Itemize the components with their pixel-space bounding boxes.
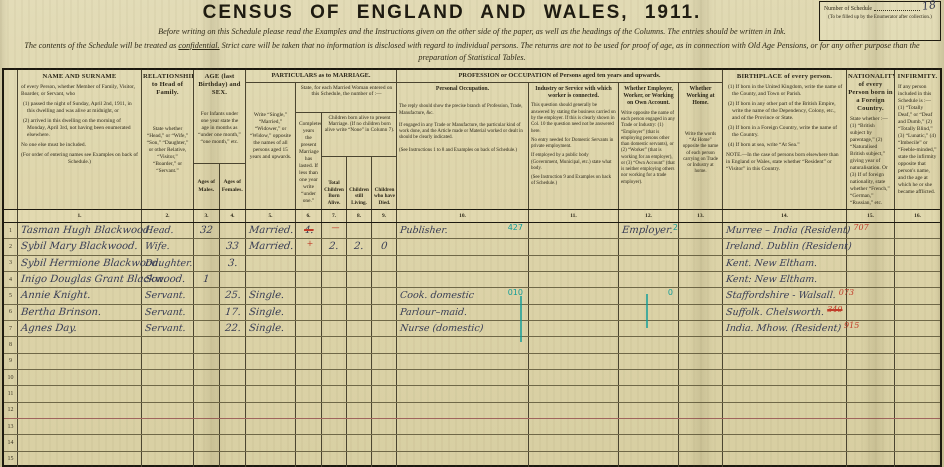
handwritten-entry: Sybil Mary Blackwood. xyxy=(20,241,138,252)
cell-employer-status xyxy=(619,256,679,271)
header-years-married-column: Completed years the present Marriage has… xyxy=(296,113,322,209)
column-number-6: 6. xyxy=(296,210,322,222)
cell-at-home xyxy=(679,386,723,401)
column-number-12: 12. xyxy=(619,210,679,222)
children-living-label: Children still Living. xyxy=(347,157,372,209)
column-number-16: 16. xyxy=(895,210,940,222)
cell-industry xyxy=(529,419,619,434)
cell-birthplace xyxy=(723,370,847,385)
cell-children-living xyxy=(347,272,372,287)
cell-years-married xyxy=(296,272,322,287)
age-instructions: For Infants under one year state the age… xyxy=(194,99,245,163)
cell-at-home xyxy=(679,321,723,336)
schedule-number-note: (To be filled up by the Enumerator after… xyxy=(824,15,936,22)
cell-children-died xyxy=(372,305,397,320)
table-row-14: 14 xyxy=(4,435,940,451)
red-enumerator-mark: 915 xyxy=(844,321,859,330)
cell-nationality xyxy=(847,272,895,287)
header-marriage-group: PARTICULARS as to MARRIAGE. Write “Singl… xyxy=(246,70,397,209)
cell-years-married xyxy=(296,288,322,303)
cell-occupation xyxy=(397,403,529,418)
cell-age-females: 17. xyxy=(220,305,246,320)
handwritten-entry: Single. xyxy=(248,290,284,301)
cell-industry xyxy=(529,305,619,320)
cell-years-married xyxy=(296,435,322,450)
cell-occupation xyxy=(397,354,529,369)
cell-years-married xyxy=(296,386,322,401)
occ-body2: If engaged in any Trade or Manufacture, … xyxy=(399,123,526,142)
cell-occupation: Nurse (domestic) xyxy=(397,321,529,336)
cell-at-home xyxy=(679,288,723,303)
cell-birthplace: Ireland. Dublin (Resident) xyxy=(723,239,847,254)
cell-age-males: 32 xyxy=(194,223,220,238)
cell-nationality xyxy=(847,239,895,254)
cell-occupation xyxy=(397,435,529,450)
cell-children-living xyxy=(347,321,372,336)
schedule-number-label: Number of Schedule xyxy=(824,6,872,12)
handwritten-entry: Cook. domestic xyxy=(399,290,474,301)
cell-age-males xyxy=(194,403,220,418)
cell-marital-status xyxy=(246,452,296,467)
teal-enumerator-mark: 427 xyxy=(508,223,523,232)
cell-occupation: Parlour–maid. xyxy=(397,305,529,320)
cell-marital-status: Single. xyxy=(246,305,296,320)
cell-age-females: 33 xyxy=(220,239,246,254)
cell-employer-status xyxy=(619,370,679,385)
cell-industry xyxy=(529,272,619,287)
column-number-4: 4. xyxy=(220,210,246,222)
page-title: CENSUS OF ENGLAND AND WALES, 1911. xyxy=(0,0,944,24)
cell-age-females: 22. xyxy=(220,321,246,336)
cell-occupation xyxy=(397,386,529,401)
cell-age-females: 3. xyxy=(220,256,246,271)
cell-industry xyxy=(529,223,619,238)
table-row-11: 11 xyxy=(4,386,940,402)
handwritten-entry: 4. xyxy=(303,225,314,236)
cell-relationship xyxy=(142,370,194,385)
bp-item1: (1) If born in the United Kingdom, write… xyxy=(726,84,843,98)
cell-birthplace xyxy=(723,403,847,418)
cell-marital-status xyxy=(246,272,296,287)
industry-instructions: This question should generally be answer… xyxy=(529,102,618,188)
cell-nationality xyxy=(847,256,895,271)
cell-relationship: Servant. xyxy=(142,321,194,336)
table-body: 1Tasman Hugh Blackwood.Head.32Married.4.… xyxy=(4,223,940,467)
preamble-line-2: The contents of the Schedule will be tre… xyxy=(0,40,944,65)
cell-industry xyxy=(529,370,619,385)
cell-age-males xyxy=(194,256,220,271)
cell-birthplace: Kent. New Eltham. xyxy=(723,256,847,271)
cell-children-died xyxy=(372,452,397,467)
cell-name xyxy=(18,354,142,369)
cell-name xyxy=(18,419,142,434)
cell-infirmity xyxy=(895,256,940,271)
cell-occupation: Cook. domestic010 xyxy=(397,288,529,303)
table-row-8: 8 xyxy=(4,337,940,353)
schedule-number-box: Number of Schedule 18 (To be filled up b… xyxy=(819,1,941,41)
cell-industry xyxy=(529,403,619,418)
cell-years-married xyxy=(296,337,322,352)
name-column-instructions: of every Person, whether Member of Famil… xyxy=(18,83,141,170)
children-subgroup: Children born alive to present Marriage.… xyxy=(322,113,397,209)
cell-age-males xyxy=(194,337,220,352)
handwritten-entry: 3. xyxy=(227,258,238,269)
cell-employer-status: 0 xyxy=(619,288,679,303)
cell-children-died xyxy=(372,321,397,336)
birthplace-title: BIRTHPLACE of every person. xyxy=(723,70,846,83)
header-occupation-group: PROFESSION or OCCUPATION of Persons aged… xyxy=(397,70,723,209)
name-item1: (1) passed the night of Sunday, April 2n… xyxy=(21,101,138,115)
teal-enumerator-mark: 2 xyxy=(673,223,678,232)
cell-age-males xyxy=(194,288,220,303)
cell-at-home xyxy=(679,354,723,369)
cell-children-living xyxy=(347,370,372,385)
ages-of-males-label: Ages of Males. xyxy=(194,164,220,209)
handwritten-entry: Single. xyxy=(248,307,284,318)
cell-children-living xyxy=(347,419,372,434)
handwritten-entry: Married. xyxy=(248,225,294,236)
marital-status-instructions: Write “Single,” “Married,” “Widower,” or… xyxy=(246,111,295,162)
birthplace-instructions: (1) If born in the United Kingdom, write… xyxy=(723,83,846,177)
red-enumerator-mark: 340 xyxy=(827,305,842,314)
cell-age-females xyxy=(220,370,246,385)
census-table: NAME AND SURNAME of every Person, whethe… xyxy=(2,68,942,467)
cell-infirmity xyxy=(895,321,940,336)
header-relationship-column: RELATIONSHIP to Head of Family. State wh… xyxy=(142,70,194,209)
handwritten-entry: Daughter. xyxy=(144,258,193,269)
row-number: 8 xyxy=(4,337,18,352)
cell-at-home xyxy=(679,223,723,238)
cell-marital-status: Married. xyxy=(246,239,296,254)
cell-infirmity xyxy=(895,354,940,369)
cell-infirmity xyxy=(895,403,940,418)
cell-at-home xyxy=(679,256,723,271)
cell-name xyxy=(18,370,142,385)
personal-occupation-title: Personal Occupation. xyxy=(397,83,528,95)
handwritten-entry: Sybil Hermione Blackwood. xyxy=(20,258,162,269)
cell-children-living xyxy=(347,288,372,303)
cell-relationship: Servant. xyxy=(142,305,194,320)
cell-birthplace xyxy=(723,354,847,369)
preamble-text-cont: Strict care will be taken that no inform… xyxy=(220,41,920,62)
handwritten-entry: Agnes Day. xyxy=(20,323,77,334)
cell-children-died xyxy=(372,419,397,434)
handwritten-entry: Kent. New Eltham. xyxy=(725,258,817,269)
cell-children-born xyxy=(322,288,347,303)
cell-age-females xyxy=(220,272,246,287)
handwritten-entry: 0 xyxy=(380,241,388,252)
cell-children-born xyxy=(322,272,347,287)
red-enumerator-mark: 073 xyxy=(839,288,854,297)
cell-birthplace: Staffordshire - Walsall.073 xyxy=(723,288,847,303)
cell-infirmity xyxy=(895,337,940,352)
cell-birthplace xyxy=(723,386,847,401)
table-row-4: 4Inigo Douglas Grant Blackwood.Son.1Kent… xyxy=(4,272,940,288)
children-born-label: Total Children Born Alive. xyxy=(322,157,347,209)
age-column-title: AGE (last Birthday) and SEX. xyxy=(194,70,245,99)
cell-children-born xyxy=(322,305,347,320)
cell-children-born xyxy=(322,452,347,467)
marriage-group-title: PARTICULARS as to MARRIAGE. xyxy=(246,70,396,83)
cell-children-living xyxy=(347,452,372,467)
cell-children-died xyxy=(372,386,397,401)
handwritten-entry: Son. xyxy=(144,274,167,285)
header-name-column: NAME AND SURNAME of every Person, whethe… xyxy=(18,70,142,209)
cell-name: Bertha Brinson. xyxy=(18,305,142,320)
infirmity-title: INFIRMITY. xyxy=(895,70,940,83)
cell-years-married xyxy=(296,452,322,467)
cell-nationality xyxy=(847,354,895,369)
row-number: 11 xyxy=(4,386,18,401)
column-number-1: 1. xyxy=(18,210,142,222)
cell-relationship xyxy=(142,354,194,369)
column-number-10: 10. xyxy=(397,210,529,222)
table-row-10: 10 xyxy=(4,370,940,386)
handwritten-entry: Married. xyxy=(248,241,294,252)
row-number: 13 xyxy=(4,419,18,434)
cell-birthplace: India. Mhow. (Resident)915 xyxy=(723,321,847,336)
cell-age-males xyxy=(194,386,220,401)
cell-marital-status: Single. xyxy=(246,321,296,336)
handwritten-entry: 25. xyxy=(224,290,241,301)
handwritten-entry: 33 xyxy=(226,241,240,252)
cell-at-home xyxy=(679,239,723,254)
cell-age-males xyxy=(194,452,220,467)
cell-occupation: Publisher.427 xyxy=(397,223,529,238)
cell-children-died xyxy=(372,435,397,450)
form-header: CENSUS OF ENGLAND AND WALES, 1911. Numbe… xyxy=(0,0,944,68)
cell-name xyxy=(18,337,142,352)
occupation-group-title: PROFESSION or OCCUPATION of Persons aged… xyxy=(397,70,722,83)
cell-infirmity xyxy=(895,370,940,385)
handwritten-entry: Employer. xyxy=(621,225,673,236)
cell-children-living xyxy=(347,337,372,352)
cell-nationality xyxy=(847,452,895,467)
row-number: 6 xyxy=(4,305,18,320)
ind-body2: No entry needed for Domestic Servants in… xyxy=(531,138,616,151)
years-married-instructions: Completed years the present Marriage has… xyxy=(296,113,321,206)
handwritten-entry: Suffolk. Chelsworth. xyxy=(725,307,824,318)
cell-children-born xyxy=(322,256,347,271)
cell-years-married: 4. xyxy=(296,223,322,238)
cell-at-home xyxy=(679,435,723,450)
cell-birthplace xyxy=(723,419,847,434)
cell-children-living: 2. xyxy=(347,239,372,254)
cell-children-living xyxy=(347,256,372,271)
cell-age-females xyxy=(220,419,246,434)
header-at-home-column: Whether Working at Home. Write the words… xyxy=(679,83,723,209)
cell-children-born xyxy=(322,435,347,450)
name-intro: of every Person, whether Member of Famil… xyxy=(21,84,138,98)
cell-employer-status xyxy=(619,354,679,369)
header-personal-occupation-column: Personal Occupation. The reply should sh… xyxy=(397,83,529,209)
cell-birthplace: Murree – India (Resident)707 xyxy=(723,223,847,238)
handwritten-entry: Tasman Hugh Blackwood. xyxy=(20,225,153,236)
cell-age-males: 1 xyxy=(194,272,220,287)
schedule-number-value: 18 xyxy=(921,0,937,13)
cell-children-died xyxy=(372,403,397,418)
column-number-7: 7. xyxy=(322,210,347,222)
cell-children-born: 2. xyxy=(322,239,347,254)
cell-children-living xyxy=(347,403,372,418)
cell-children-died: 0 xyxy=(372,239,397,254)
cell-infirmity xyxy=(895,386,940,401)
census-schedule-page: CENSUS OF ENGLAND AND WALES, 1911. Numbe… xyxy=(0,0,944,467)
pink-rule-line xyxy=(4,418,940,419)
cell-relationship xyxy=(142,452,194,467)
cell-name xyxy=(18,386,142,401)
cell-occupation xyxy=(397,337,529,352)
cell-age-females xyxy=(220,337,246,352)
cell-employer-status xyxy=(619,239,679,254)
employer-title: Whether Employer, Worker, or Working on … xyxy=(619,83,678,110)
cell-nationality xyxy=(847,370,895,385)
cell-age-females: 25. xyxy=(220,288,246,303)
cell-children-living xyxy=(347,223,372,238)
cell-occupation xyxy=(397,370,529,385)
handwritten-entry: Servant. xyxy=(144,290,186,301)
cell-marital-status xyxy=(246,435,296,450)
cell-industry xyxy=(529,354,619,369)
cell-at-home xyxy=(679,305,723,320)
ind-body3: If employed by a public body (Government… xyxy=(531,153,616,172)
cell-industry xyxy=(529,239,619,254)
cell-children-died xyxy=(372,223,397,238)
cell-years-married xyxy=(296,370,322,385)
children-died-label: Children who have Died. xyxy=(372,157,397,209)
cell-infirmity xyxy=(895,288,940,303)
cell-age-females xyxy=(220,354,246,369)
row-number: 4 xyxy=(4,272,18,287)
cell-name: Tasman Hugh Blackwood. xyxy=(18,223,142,238)
occ-body3: (See Instructions 1 to 8 and Examples on… xyxy=(399,148,526,154)
cell-employer-status xyxy=(619,305,679,320)
table-row-13: 13 xyxy=(4,419,940,435)
handwritten-entry: 1 xyxy=(203,274,211,285)
married-woman-subgroup: State, for each Married Woman entered on… xyxy=(296,83,397,209)
cell-age-females xyxy=(220,403,246,418)
handwritten-entry: 2. xyxy=(329,241,340,252)
handwritten-entry: Ireland. Dublin (Resident) xyxy=(725,241,852,252)
cell-children-died xyxy=(372,288,397,303)
handwritten-entry: Servant. xyxy=(144,307,186,318)
column-number-8: 8. xyxy=(347,210,372,222)
cell-infirmity xyxy=(895,239,940,254)
bp-item3: (3) If born in a Foreign Country, write … xyxy=(726,125,843,139)
handwritten-entry: Murree – India (Resident) xyxy=(725,225,851,236)
header-birthplace-column: BIRTHPLACE of every person. (1) If born … xyxy=(723,70,847,209)
cell-industry xyxy=(529,288,619,303)
infirmity-instructions: If any person included in this Schedule … xyxy=(895,83,940,197)
cell-at-home xyxy=(679,452,723,467)
cell-children-died xyxy=(372,337,397,352)
cell-children-born xyxy=(322,419,347,434)
cell-age-males xyxy=(194,370,220,385)
preamble-line-1: Before writing on this Schedule please r… xyxy=(0,27,944,36)
handwritten-entry: Parlour–maid. xyxy=(399,307,467,318)
cell-nationality xyxy=(847,337,895,352)
handwritten-entry: 32 xyxy=(200,225,214,236)
column-number-5: 5. xyxy=(246,210,296,222)
industry-title: Industry or Service with which worker is… xyxy=(529,83,618,102)
cell-occupation xyxy=(397,419,529,434)
cell-name: Sybil Hermione Blackwood. xyxy=(18,256,142,271)
table-row-9: 9 xyxy=(4,354,940,370)
at-home-instructions: Write the words “At Home” opposite the n… xyxy=(679,110,722,177)
ind-body4: (See Instruction 9 and Examples on back … xyxy=(531,175,616,188)
cell-years-married xyxy=(296,403,322,418)
cell-industry xyxy=(529,435,619,450)
cell-at-home xyxy=(679,419,723,434)
cell-industry xyxy=(529,452,619,467)
cell-marital-status xyxy=(246,354,296,369)
bp-item4: (4) If born at sea, write “At Sea.” xyxy=(726,142,843,149)
row-number: 2 xyxy=(4,239,18,254)
row-number: 1 xyxy=(4,223,18,238)
row-number: 5 xyxy=(4,288,18,303)
red-enumerator-mark: 707 xyxy=(853,223,868,232)
cell-occupation xyxy=(397,239,529,254)
relationship-column-title: RELATIONSHIP to Head of Family. xyxy=(142,70,193,99)
cell-children-died xyxy=(372,256,397,271)
employer-instructions: Write opposite the name of each person e… xyxy=(619,110,678,187)
cell-children-living xyxy=(347,305,372,320)
dotted-leader xyxy=(874,10,920,11)
occ-body1: The reply should show the precise branch… xyxy=(399,104,526,117)
cell-name: Sybil Mary Blackwood. xyxy=(18,239,142,254)
cell-age-females xyxy=(220,386,246,401)
header-employer-column: Whether Employer, Worker, or Working on … xyxy=(619,83,679,209)
cell-nationality xyxy=(847,419,895,434)
cell-infirmity xyxy=(895,452,940,467)
handwritten-entry: Staffordshire - Walsall. xyxy=(725,290,836,301)
married-woman-note: State, for each Married Woman entered on… xyxy=(296,83,397,113)
cell-at-home xyxy=(679,370,723,385)
cell-employer-status xyxy=(619,321,679,336)
cell-infirmity xyxy=(895,419,940,434)
cell-nationality xyxy=(847,386,895,401)
cell-nationality xyxy=(847,435,895,450)
nationality-instructions: State whether :— (1) “British subject by… xyxy=(847,115,894,208)
handwritten-entry: 17. xyxy=(224,307,241,318)
table-header: NAME AND SURNAME of every Person, whethe… xyxy=(4,70,940,210)
column-number-14: 14. xyxy=(723,210,847,222)
cell-relationship: Head. xyxy=(142,223,194,238)
handwritten-entry: Publisher. xyxy=(399,225,448,236)
cell-industry xyxy=(529,337,619,352)
cell-marital-status xyxy=(246,386,296,401)
cell-nationality xyxy=(847,403,895,418)
cell-marital-status xyxy=(246,337,296,352)
cell-marital-status xyxy=(246,370,296,385)
cell-marital-status xyxy=(246,419,296,434)
cell-birthplace: Kent: New Eltham. xyxy=(723,272,847,287)
cell-occupation xyxy=(397,272,529,287)
ages-of-females-label: Ages of Females. xyxy=(220,164,245,209)
cell-employer-status xyxy=(619,337,679,352)
cell-age-males xyxy=(194,419,220,434)
cell-relationship xyxy=(142,403,194,418)
cell-children-died xyxy=(372,354,397,369)
handwritten-entry: India. Mhow. (Resident) xyxy=(725,323,841,334)
cell-children-born xyxy=(322,321,347,336)
handwritten-entry: Kent: New Eltham. xyxy=(725,274,817,285)
cell-relationship: Wife. xyxy=(142,239,194,254)
teal-enumerator-mark: 0 xyxy=(668,288,673,297)
cell-marital-status xyxy=(246,256,296,271)
cell-children-died xyxy=(372,272,397,287)
cell-children-living xyxy=(347,386,372,401)
